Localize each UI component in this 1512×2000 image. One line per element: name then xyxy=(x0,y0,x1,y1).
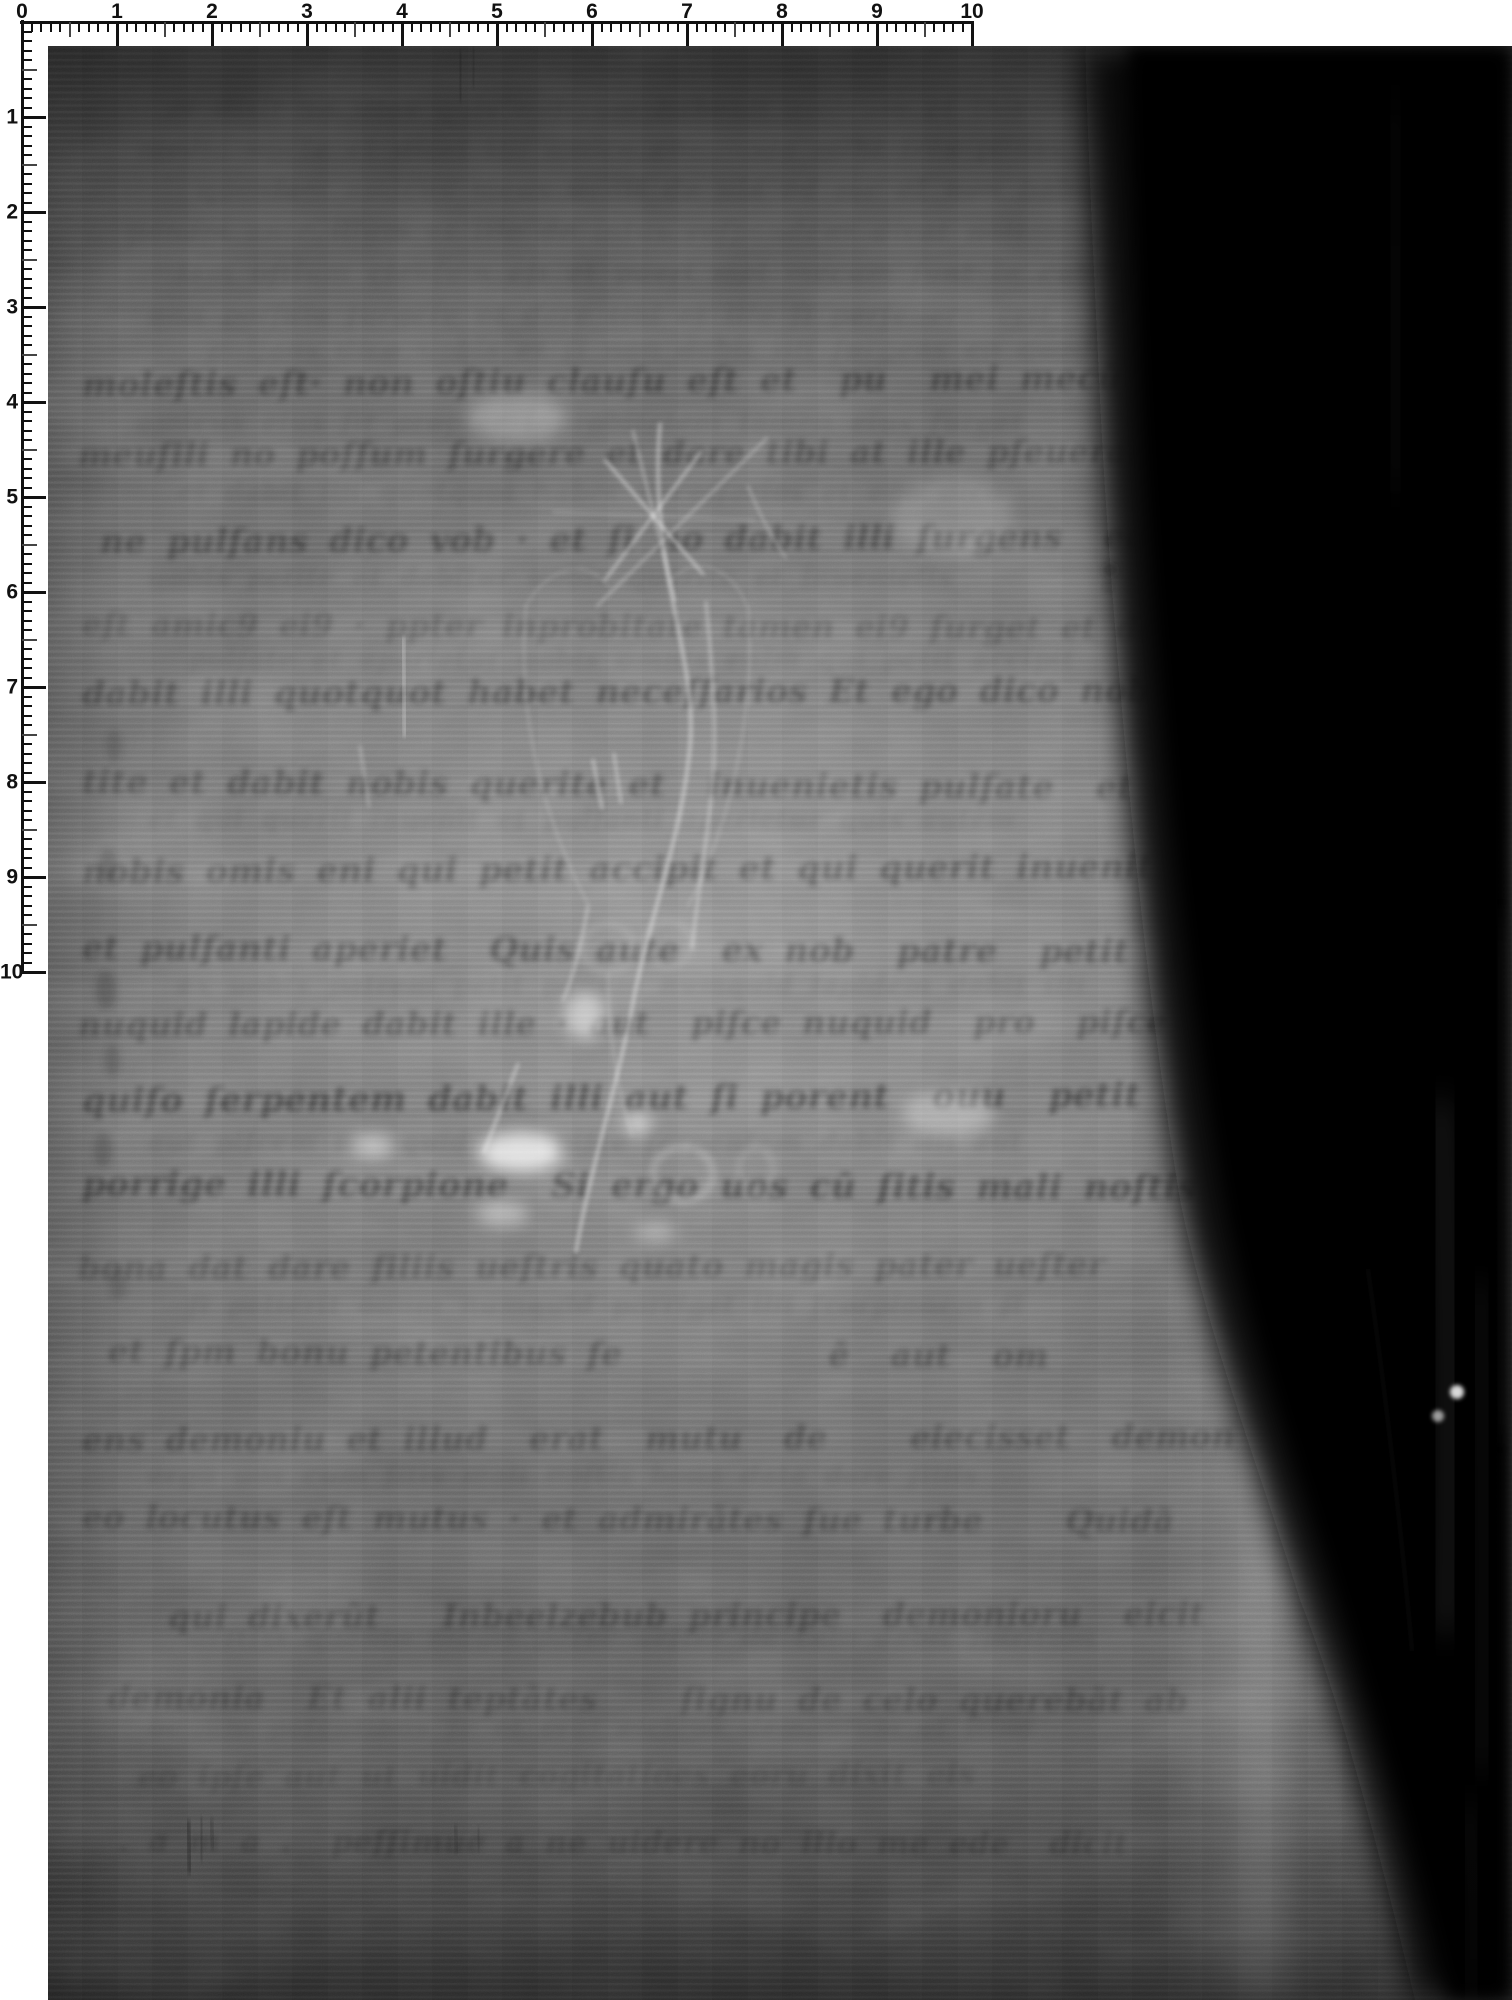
ruler-tick xyxy=(373,22,375,32)
ruler-label-horizontal: 4 xyxy=(396,1,408,22)
vertical-ruler-cm: 12345678910 xyxy=(0,0,46,1000)
ruler-tick xyxy=(183,22,185,32)
ruler-tick xyxy=(22,563,32,565)
script-line: bona dat dare filiis ueſtris quato magis… xyxy=(78,1245,1105,1287)
ruler-tick xyxy=(22,696,32,698)
ruler-tick xyxy=(933,22,935,32)
ghost-script-line: et qui querit inuenit et pulſanti aperie… xyxy=(148,805,1015,835)
ruler-tick xyxy=(22,230,32,232)
manuscript-scan-viewport: 012345678910 12345678910 et dixit ad ill… xyxy=(0,0,1512,2000)
ruler-tick xyxy=(22,211,46,214)
ruler-tick xyxy=(22,819,32,821)
ruler-tick xyxy=(145,22,147,32)
ruler-tick xyxy=(22,59,32,61)
ruler-tick xyxy=(22,515,32,517)
ruler-tick xyxy=(563,22,565,32)
ruler-tick xyxy=(211,22,214,46)
script-line: dabit illi quotquot habet neceſſarios Et… xyxy=(82,670,1309,713)
ruler-tick xyxy=(971,22,974,46)
ruler-tick xyxy=(22,40,32,42)
ruler-tick xyxy=(22,667,32,669)
ruler-tick xyxy=(639,22,641,37)
ruler-tick xyxy=(525,22,527,32)
ruler-tick xyxy=(22,477,32,479)
ruler-tick xyxy=(22,97,32,99)
ruler-tick xyxy=(411,22,413,32)
ruler-tick xyxy=(22,411,32,413)
ruler-tick xyxy=(22,582,32,584)
ruler-tick xyxy=(69,22,71,37)
ruler-tick xyxy=(658,22,660,32)
ruler-tick xyxy=(78,22,80,32)
ruler-tick xyxy=(22,933,32,935)
ruler-tick xyxy=(22,772,32,774)
ruler-tick xyxy=(316,22,318,32)
ruler-label-vertical: 3 xyxy=(0,297,18,318)
ghost-script-line: quoniam amicus meus uenit de uia ad me e… xyxy=(198,175,1110,205)
ruler-tick xyxy=(22,69,37,71)
ruler-tick xyxy=(620,22,622,32)
ghost-script-line: ex uobis patrem petit panem numquid lapi… xyxy=(178,971,1086,1001)
ruler-tick xyxy=(22,753,32,755)
ruler-tick xyxy=(648,22,650,32)
ruler-tick xyxy=(22,886,32,888)
script-line: nobis omis eni qui petit accipit et qui … xyxy=(82,846,1272,891)
ruler-tick xyxy=(515,22,517,32)
ruler-tick xyxy=(734,22,736,37)
ruler-tick xyxy=(22,344,32,346)
ruler-tick xyxy=(629,22,631,32)
ruler-tick xyxy=(164,22,166,37)
script-line: quiſo ſerpentem dabit illi aut ſi porent… xyxy=(82,1075,1141,1121)
ruler-tick xyxy=(22,648,32,650)
ruler-label-vertical: 9 xyxy=(0,867,18,888)
ruler-label-horizontal: 8 xyxy=(776,1,788,22)
ruler-tick xyxy=(677,22,679,32)
ruler-tick xyxy=(22,145,32,147)
horizontal-ruler-cm: 012345678910 xyxy=(0,0,1000,46)
ruler-tick xyxy=(259,22,261,37)
ruler-tick xyxy=(22,31,32,33)
ruler-tick xyxy=(22,458,32,460)
ruler-tick xyxy=(22,202,32,204)
ruler-tick xyxy=(22,914,32,916)
ruler-tick xyxy=(154,22,156,32)
ruler-tick xyxy=(420,22,422,32)
ruler-tick xyxy=(97,22,99,32)
ruler-tick xyxy=(22,297,32,299)
ruler-tick xyxy=(22,724,32,726)
ruler-tick xyxy=(22,525,32,527)
ghost-script-line: et dixit ad illos quis ueſtrum habebit a… xyxy=(168,95,1024,125)
ruler-tick xyxy=(22,325,32,327)
script-line: ne pulſans dico vob · et ſi no dabit ill… xyxy=(100,516,1217,561)
ghost-script-line: ponam ante illum et ille de intus reſpon… xyxy=(128,217,1025,247)
ruler-tick xyxy=(22,591,46,594)
ruler-tick xyxy=(22,259,37,261)
ruler-tick xyxy=(240,22,242,32)
ruler-label-horizontal: 6 xyxy=(586,1,598,22)
ruler-label-vertical: 5 xyxy=(0,487,18,508)
ruler-tick xyxy=(22,762,32,764)
ruler-tick xyxy=(22,468,32,470)
ruler-tick xyxy=(401,22,404,46)
ruler-tick xyxy=(22,810,32,812)
ruler-tick xyxy=(667,22,669,32)
ruler-tick xyxy=(22,553,32,555)
ruler-tick xyxy=(22,705,32,707)
ruler-label-horizontal: 5 xyxy=(491,1,503,22)
ruler-tick xyxy=(468,22,470,32)
ruler-tick xyxy=(724,22,726,32)
ruler-tick xyxy=(924,22,926,37)
ruler-tick xyxy=(22,164,37,166)
manuscript-photo: et dixit ad illos quis ueſtrum habebit a… xyxy=(48,46,1512,2000)
ruler-tick xyxy=(107,22,109,32)
ruler-tick xyxy=(59,22,61,32)
ruler-label-vertical: 8 xyxy=(0,772,18,793)
ruler-tick xyxy=(116,22,119,46)
ruler-tick xyxy=(173,22,175,32)
ruler-tick xyxy=(905,22,907,32)
ruler-tick xyxy=(686,22,689,46)
ruler-tick xyxy=(22,107,32,109)
ruler-tick xyxy=(22,221,32,223)
ruler-tick xyxy=(22,544,37,546)
script-text-layer: et dixit ad illos quis ueſtrum habebit a… xyxy=(48,46,1512,2000)
ruler-label-vertical: 4 xyxy=(0,392,18,413)
ruler-tick xyxy=(829,22,831,37)
ghost-script-line: ſi petierit ouum numquid porriget illi ſ… xyxy=(188,1291,1023,1321)
ruler-tick xyxy=(22,572,32,574)
ruler-tick xyxy=(22,306,46,309)
ruler-tick xyxy=(544,22,546,37)
ruler-tick xyxy=(22,240,32,242)
ruler-tick xyxy=(743,22,745,32)
ruler-tick xyxy=(819,22,821,32)
ruler-label-horizontal: 7 xyxy=(681,1,693,22)
ruler-label-vertical: 2 xyxy=(0,202,18,223)
ruler-tick xyxy=(458,22,460,32)
script-line: porrige illi ſcorpione Si ergo uos cū ſi… xyxy=(82,1164,1197,1208)
ruler-tick xyxy=(22,734,37,736)
ruler-tick xyxy=(22,363,32,365)
ruler-tick xyxy=(715,22,717,32)
ruler-tick xyxy=(781,22,784,46)
ruler-tick xyxy=(553,22,555,32)
ruler-tick xyxy=(249,22,251,32)
script-line: et ſpm bonu petentibus ſe ẽ aut om xyxy=(108,1332,1049,1375)
script-line: meuſili no poſſum ſurgere et dare tibi a… xyxy=(78,432,1170,474)
ruler-tick xyxy=(306,22,309,46)
ruler-label-vertical: 10 xyxy=(0,962,18,983)
ruler-tick xyxy=(696,22,698,32)
ruler-tick xyxy=(22,876,46,879)
ruler-tick xyxy=(22,781,46,784)
ruler-tick xyxy=(496,22,499,46)
ghost-script-line: media nocte et dicet illi amice commoda … xyxy=(138,135,1064,165)
ruler-tick xyxy=(962,22,964,32)
ruler-tick xyxy=(22,506,32,508)
ruler-tick xyxy=(22,487,32,489)
script-line: et pulſanti aperiet Quis aute ex nob pat… xyxy=(82,928,1263,971)
ruler-tick xyxy=(705,22,707,32)
ruler-tick xyxy=(477,22,479,32)
ruler-tick xyxy=(22,135,32,137)
ruler-tick xyxy=(943,22,945,32)
ruler-tick xyxy=(22,610,32,612)
ruler-tick xyxy=(772,22,774,32)
ruler-tick xyxy=(22,620,32,622)
ruler-tick xyxy=(430,22,432,32)
ruler-tick xyxy=(22,154,32,156)
ruler-tick xyxy=(22,924,37,926)
ruler-tick xyxy=(22,268,32,270)
ruler-tick xyxy=(753,22,755,32)
ruler-tick xyxy=(572,22,574,32)
script-line: tite et dabit nobis querite et inuenieti… xyxy=(82,762,1289,807)
ruler-tick xyxy=(22,971,46,974)
ruler-tick xyxy=(22,183,32,185)
ruler-tick xyxy=(800,22,802,32)
ruler-tick xyxy=(582,22,584,32)
ruler-tick xyxy=(278,22,280,32)
ruler-tick xyxy=(22,715,32,717)
ruler-tick xyxy=(22,867,32,869)
ruler-tick xyxy=(22,382,32,384)
ruler-tick xyxy=(126,22,128,32)
ruler-tick xyxy=(886,22,888,32)
ruler-tick xyxy=(22,439,32,441)
ruler-tick xyxy=(22,287,32,289)
ruler-tick xyxy=(22,373,32,375)
ruler-tick xyxy=(22,743,32,745)
ruler-tick xyxy=(202,22,204,32)
ruler-tick xyxy=(22,943,32,945)
ruler-tick xyxy=(22,629,32,631)
ruler-tick xyxy=(22,952,32,954)
ruler-tick xyxy=(857,22,859,32)
ghost-script-line: uobis petite et dabitur uobis querite et… xyxy=(148,563,953,593)
script-line: demonia Et alii teptãtes ſignu de celo q… xyxy=(108,1678,1189,1720)
ruler-tick xyxy=(363,22,365,32)
ruler-label-vertical: 1 xyxy=(0,107,18,128)
ruler-tick xyxy=(22,392,32,394)
ruler-tick xyxy=(22,534,32,536)
ruler-tick xyxy=(335,22,337,32)
ruler-tick xyxy=(22,126,32,128)
ruler-tick xyxy=(791,22,793,32)
ruler-tick xyxy=(297,22,299,32)
ruler-tick xyxy=(838,22,840,32)
ruler-tick xyxy=(22,88,32,90)
ghost-script-line: iam oſtium clauſum eſt et pueri mei mecu… xyxy=(178,259,1125,289)
ruler-tick xyxy=(22,791,32,793)
ruler-tick xyxy=(287,22,289,32)
ruler-label-horizontal: 3 xyxy=(301,1,313,22)
ruler-tick xyxy=(848,22,850,32)
ruler-tick xyxy=(22,658,32,660)
ghost-script-line: et dabit illi quotquot habet neceſſarios… xyxy=(178,478,1003,508)
ruler-tick xyxy=(439,22,441,32)
ruler-label-horizontal: 2 xyxy=(206,1,218,22)
script-line: eſt amic9 ei9 · ppter inprobitate tamen … xyxy=(82,607,1209,647)
ruler-tick xyxy=(810,22,812,32)
ruler-tick xyxy=(22,449,37,451)
ruler-tick xyxy=(22,686,46,689)
ruler-tick xyxy=(22,962,32,964)
ruler-tick xyxy=(895,22,897,32)
script-line: eo ipſe aut ut uidit cogitatioes eoru di… xyxy=(138,1757,976,1795)
script-line: . a m a . peſſimue a ne uidere no illo m… xyxy=(118,1824,1128,1863)
ruler-label-horizontal: 9 xyxy=(871,1,883,22)
ruler-tick xyxy=(22,78,32,80)
ruler-tick xyxy=(914,22,916,32)
ruler-tick xyxy=(22,800,32,802)
ruler-tick xyxy=(22,316,32,318)
ruler-tick xyxy=(22,420,32,422)
ruler-tick xyxy=(22,496,46,499)
ruler-tick xyxy=(22,192,32,194)
ruler-tick xyxy=(952,22,954,32)
script-line: ens demoniu et illud erat mutu de eiecis… xyxy=(82,1417,1235,1459)
ruler-tick xyxy=(22,829,37,831)
ruler-tick xyxy=(325,22,327,32)
ruler-tick xyxy=(221,22,223,32)
ruler-tick xyxy=(22,639,37,641)
ruler-tick xyxy=(192,22,194,32)
ruler-tick xyxy=(50,22,52,32)
ruler-tick xyxy=(22,601,32,603)
script-line: qui dixerũt Inbeelzebub principe demonio… xyxy=(168,1594,1205,1636)
ruler-label-horizontal: 1 xyxy=(111,1,123,22)
ruler-label-vertical: 7 xyxy=(0,677,18,698)
ruler-tick xyxy=(230,22,232,32)
ruler-tick xyxy=(487,22,489,32)
ruler-tick xyxy=(762,22,764,32)
ruler-label-vertical: 6 xyxy=(0,582,18,603)
ruler-tick xyxy=(135,22,137,32)
ruler-tick xyxy=(382,22,384,32)
ruler-tick xyxy=(22,249,32,251)
ruler-tick xyxy=(22,50,32,52)
ghost-script-line: non poſſum ſurgere et dare tibi et ille … xyxy=(148,301,1051,331)
ghost-script-line: aut piſcem numquid pro piſce ſerpentem d… xyxy=(148,1128,1023,1158)
ruler-tick xyxy=(506,22,508,32)
ruler-tick xyxy=(22,838,32,840)
script-line: nuquid lapide dabit ille · aut piſce nuq… xyxy=(78,1002,1167,1044)
ruler-tick xyxy=(22,895,32,897)
ruler-tick xyxy=(876,22,879,46)
ghost-script-line: ergo uos cum ſitis mali noſtis bona data… xyxy=(148,1461,978,1491)
ruler-tick xyxy=(22,857,32,859)
ruler-tick xyxy=(22,677,32,679)
script-line: eo locutus eſt mutus · et admirãtes ſue … xyxy=(82,1498,1175,1540)
ruler-tick xyxy=(268,22,270,32)
ruler-tick xyxy=(591,22,594,46)
ruler-tick xyxy=(354,22,356,37)
ruler-tick xyxy=(534,22,536,32)
ruler-tick xyxy=(22,905,32,907)
ruler-tick xyxy=(867,22,869,32)
ruler-tick xyxy=(88,22,90,32)
ruler-tick xyxy=(22,116,46,119)
ruler-tick xyxy=(22,21,46,24)
ruler-tick xyxy=(22,335,32,337)
script-line: moleſtis eſt· non oſtiu clauſu eſt et pu… xyxy=(82,358,1122,404)
ruler-tick xyxy=(601,22,603,32)
ruler-tick xyxy=(22,430,32,432)
ruler-tick xyxy=(22,354,37,356)
ruler-tick xyxy=(610,22,612,32)
ruler-label-horizontal: 10 xyxy=(960,1,983,22)
ruler-tick xyxy=(22,278,32,280)
ruler-tick xyxy=(22,173,32,175)
ruler-tick xyxy=(22,848,32,850)
ruler-tick xyxy=(22,401,46,404)
ruler-tick xyxy=(344,22,346,32)
ruler-tick xyxy=(449,22,451,37)
ruler-tick xyxy=(392,22,394,32)
